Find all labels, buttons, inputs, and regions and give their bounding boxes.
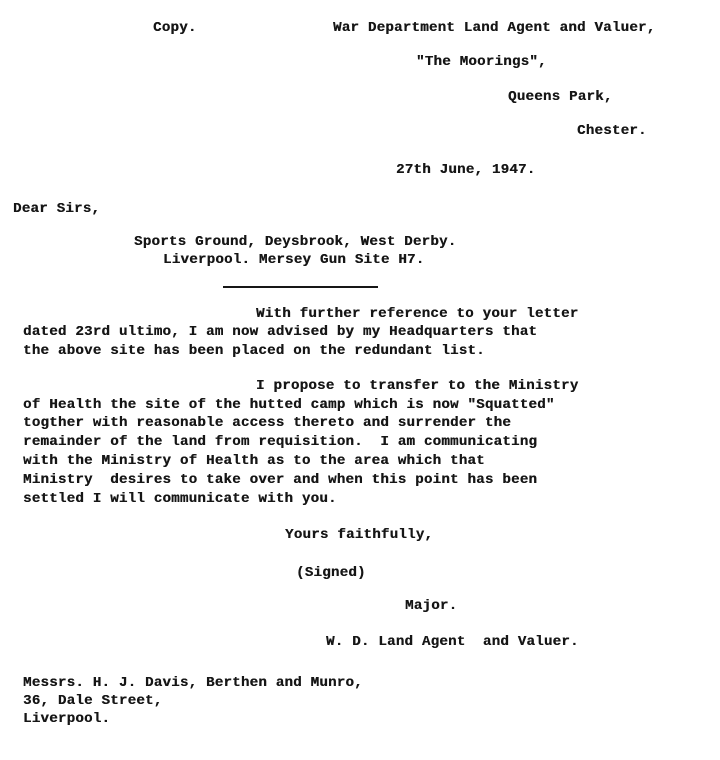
recipient-line-3: Liverpool. <box>23 711 110 727</box>
sender-address-line-2: Queens Park, <box>508 89 613 105</box>
sender-title: War Department Land Agent and Valuer, <box>333 20 655 36</box>
recipient-line-2: 36, Dale Street, <box>23 693 162 709</box>
paragraph-2-line-4: remainder of the land from requisition. … <box>23 434 537 450</box>
salutation: Dear Sirs, <box>13 201 100 217</box>
paragraph-1-line-2: dated 23rd ultimo, I am now advised by m… <box>23 324 537 340</box>
valediction: Yours faithfully, <box>285 527 433 543</box>
copy-label: Copy. <box>153 20 197 36</box>
signatory-title: W. D. Land Agent and Valuer. <box>326 634 579 650</box>
subject-line-2: Liverpool. Mersey Gun Site H7. <box>163 252 424 268</box>
sender-address-line-3: Chester. <box>577 123 647 139</box>
subject-line-1: Sports Ground, Deysbrook, West Derby. <box>134 234 456 250</box>
paragraph-2-line-2: of Health the site of the hutted camp wh… <box>23 397 555 413</box>
paragraph-2-line-7: settled I will communicate with you. <box>23 491 337 507</box>
sender-address-line-1: "The Moorings", <box>416 54 547 70</box>
letter-date: 27th June, 1947. <box>396 162 535 178</box>
signed-note: (Signed) <box>296 565 366 581</box>
paragraph-1-line-1: With further reference to your letter <box>256 306 578 322</box>
paragraph-2-line-3: togther with reasonable access thereto a… <box>23 415 511 431</box>
paragraph-1-line-3: the above site has been placed on the re… <box>23 343 485 359</box>
subject-divider <box>223 286 378 288</box>
paragraph-2-line-6: Ministry desires to take over and when t… <box>23 472 537 488</box>
paragraph-2-line-5: with the Ministry of Health as to the ar… <box>23 453 485 469</box>
paragraph-2-line-1: I propose to transfer to the Ministry <box>256 378 578 394</box>
recipient-line-1: Messrs. H. J. Davis, Berthen and Munro, <box>23 675 363 691</box>
signatory-rank: Major. <box>405 598 457 614</box>
